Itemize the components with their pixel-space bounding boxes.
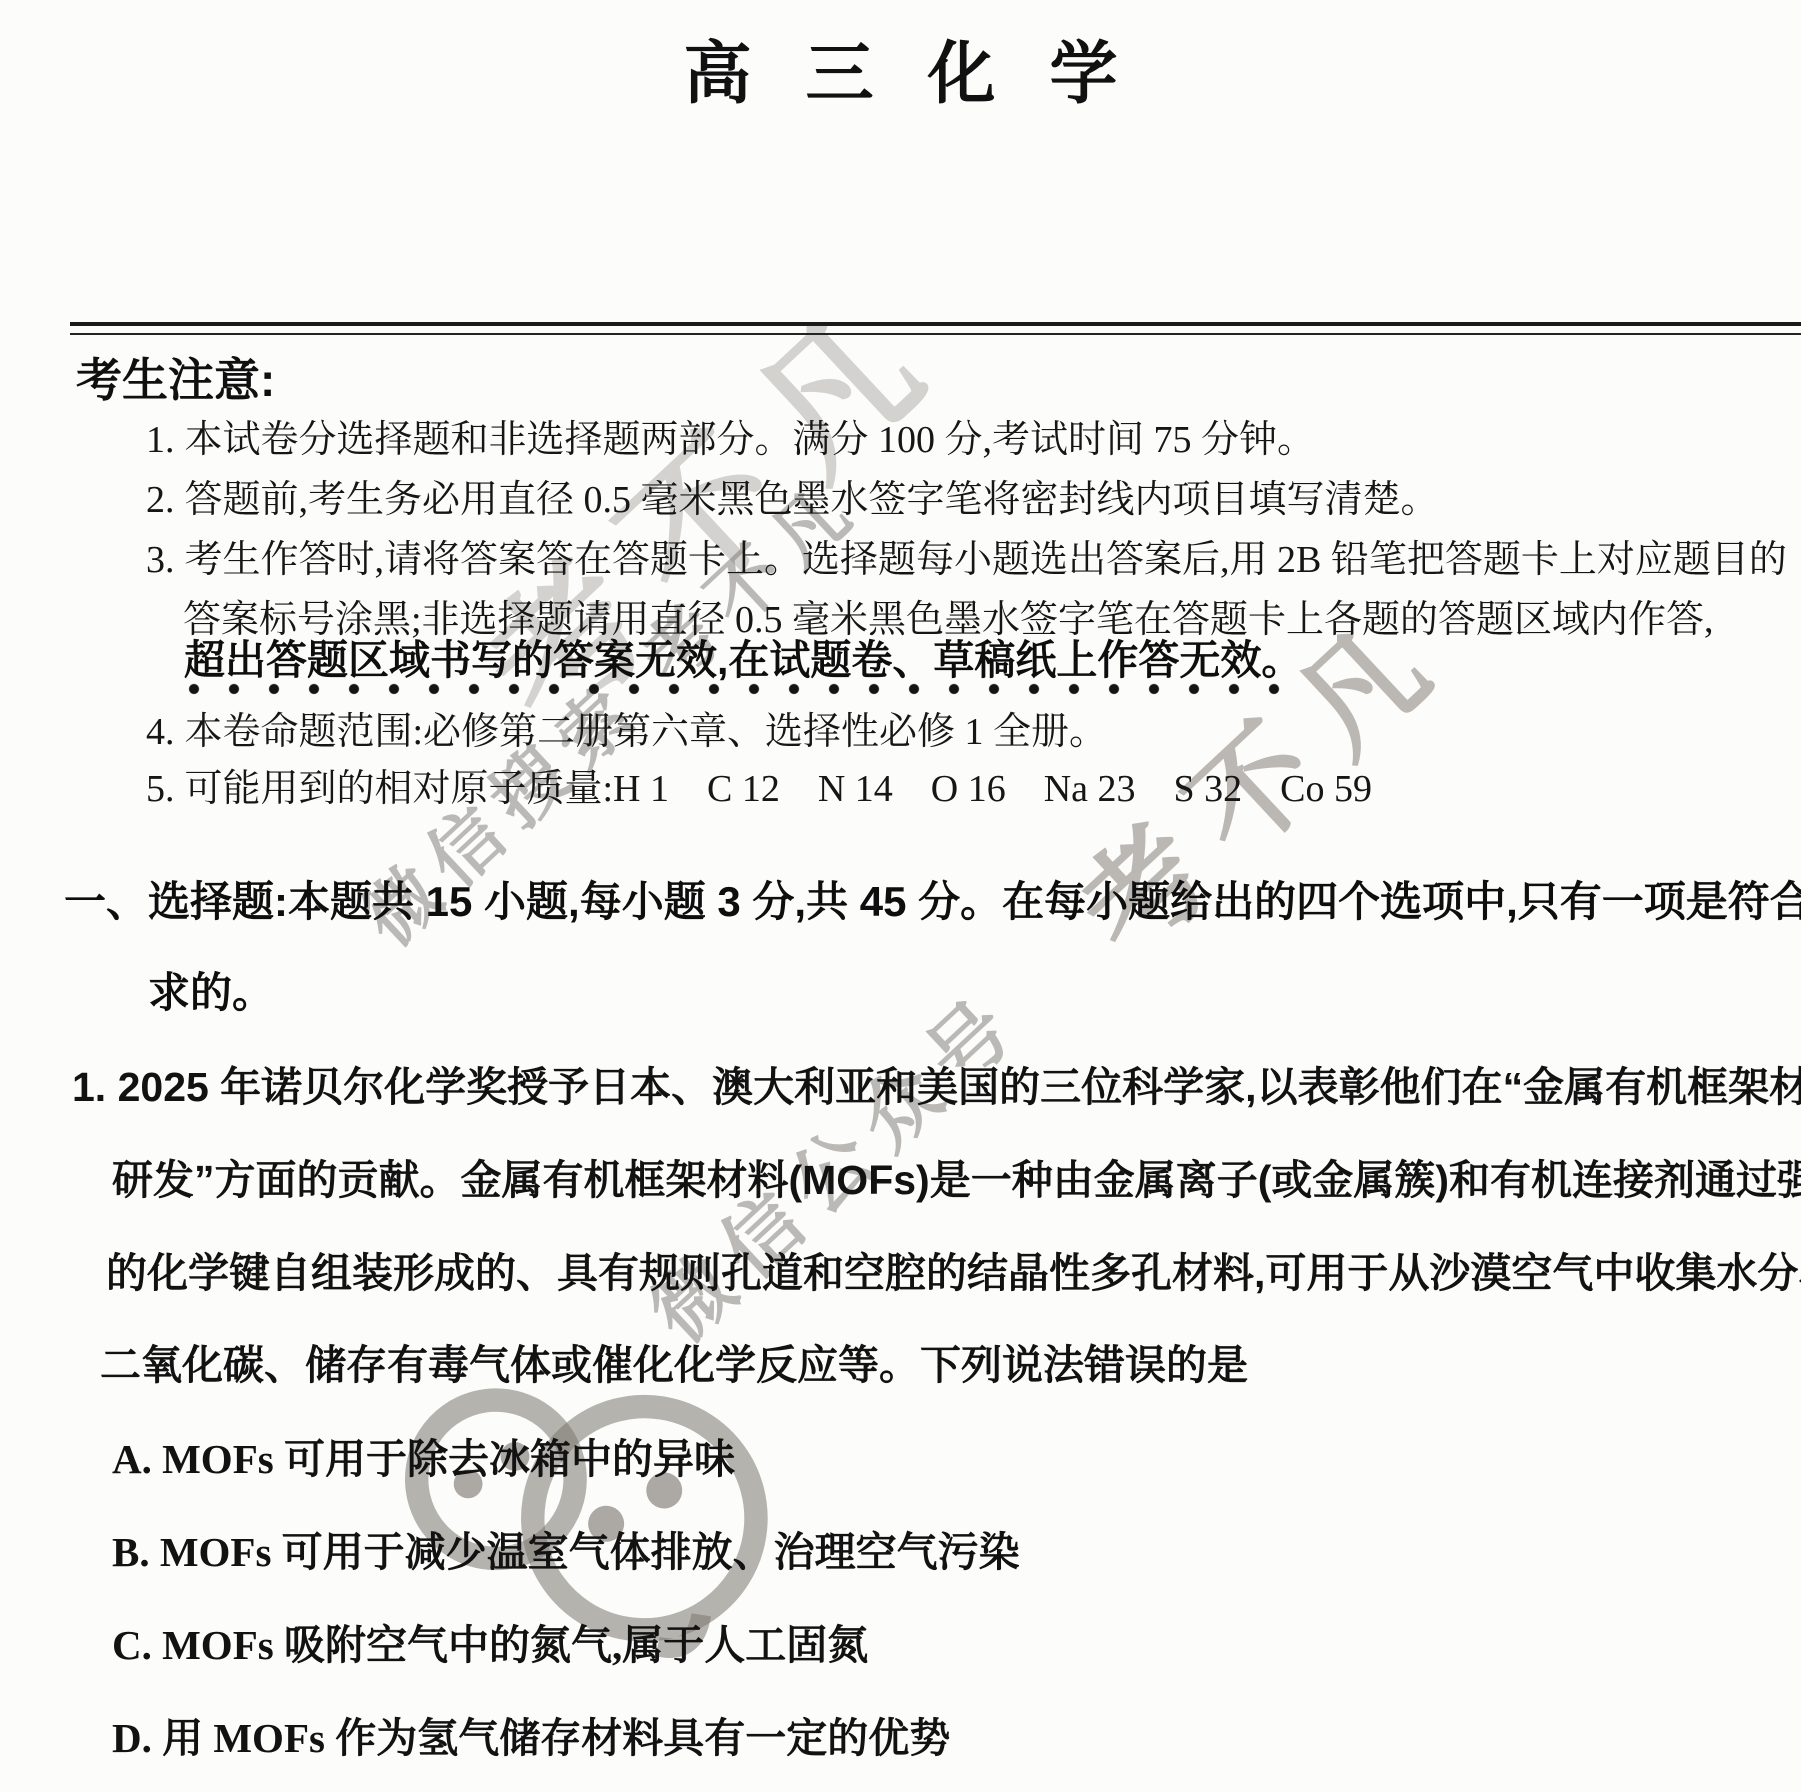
- notice-item-5-text: 可能用到的相对原子质量:H 1 C 12 N 14 O 16 Na 23 S 3…: [185, 768, 1373, 810]
- question-1-option-a: A. MOFs 可用于除去冰箱中的异味: [112, 1426, 735, 1485]
- question-1-line-1: 1. 2025 年诺贝尔化学奖授予日本、澳大利亚和美国的三位科学家,以表彰他们在…: [72, 1054, 1801, 1113]
- notice-heading: 考生注意:: [76, 344, 275, 410]
- section-heading-line-2: 求的。: [148, 960, 274, 1020]
- notice-item-3-line-1: 3.考生作答时,请将答案答在答题卡上。选择题每小题选出答案后,用 2B 铅笔把答…: [146, 528, 1787, 583]
- wechat-logo-watermark: [331, 1248, 846, 1767]
- notice-item-4-text: 本卷命题范围:必修第二册第六章、选择性必修 1 全册。: [185, 711, 1108, 753]
- notice-item-3-number: 3.: [146, 538, 175, 582]
- notice-item-1: 1.本试卷分选择题和非选择题两部分。满分 100 分,考试时间 75 分钟。: [146, 408, 1315, 463]
- question-1-line-3: 的化学键自组装形成的、具有规则孔道和空腔的结晶性多孔材料,可用于从沙漠空气中收集…: [106, 1240, 1801, 1299]
- notice-item-2-text: 答题前,考生务必用直径 0.5 毫米黑色墨水签字笔将密封线内项目填写清楚。: [185, 479, 1439, 521]
- page-title: 高三化学: [0, 20, 1801, 117]
- question-1-option-b: B. MOFs 可用于减少温室气体排放、治理空气污染: [112, 1519, 1020, 1578]
- header-double-rule: [70, 322, 1801, 335]
- notice-item-3-line-1-text: 考生作答时,请将答案答在答题卡上。选择题每小题选出答案后,用 2B 铅笔把答题卡…: [185, 539, 1787, 581]
- notice-item-2: 2.答题前,考生务必用直径 0.5 毫米黑色墨水签字笔将密封线内项目填写清楚。: [146, 468, 1439, 523]
- question-1-option-d: D. 用 MOFs 作为氢气储存材料具有一定的优势: [112, 1705, 950, 1764]
- question-1-option-c: C. MOFs 吸附空气中的氮气,属于人工固氮: [112, 1612, 868, 1671]
- notice-item-5-number: 5.: [146, 767, 175, 811]
- section-heading-line-1: 一、选择题:本题共 15 小题,每小题 3 分,共 45 分。在每小题给出的四个…: [64, 869, 1801, 929]
- exam-paper-page: 考不凡 微信搜索 考不凡 考不凡 微信公众号 高三化学 考生注意: 1.本试卷分…: [0, 0, 1801, 1792]
- question-1-line-4: 二氧化碳、储存有毒气体或催化化学反应等。下列说法错误的是: [100, 1332, 1248, 1391]
- notice-item-2-number: 2.: [146, 478, 175, 522]
- notice-item-3-emphasized-line: 超出答题区域书写的答案无效,在试题卷、草稿纸上作答无效。: [184, 627, 1302, 686]
- emphasis-dots: [188, 683, 1304, 695]
- question-1-line-2: 研发”方面的贡献。金属有机框架材料(MOFs)是一种由金属离子(或金属簇)和有机…: [112, 1147, 1801, 1206]
- notice-item-4-number: 4.: [146, 710, 175, 754]
- notice-item-4: 4.本卷命题范围:必修第二册第六章、选择性必修 1 全册。: [146, 700, 1107, 755]
- notice-item-1-text: 本试卷分选择题和非选择题两部分。满分 100 分,考试时间 75 分钟。: [185, 419, 1316, 461]
- notice-item-1-number: 1.: [146, 418, 175, 462]
- notice-item-5: 5.可能用到的相对原子质量:H 1 C 12 N 14 O 16 Na 23 S…: [146, 757, 1372, 812]
